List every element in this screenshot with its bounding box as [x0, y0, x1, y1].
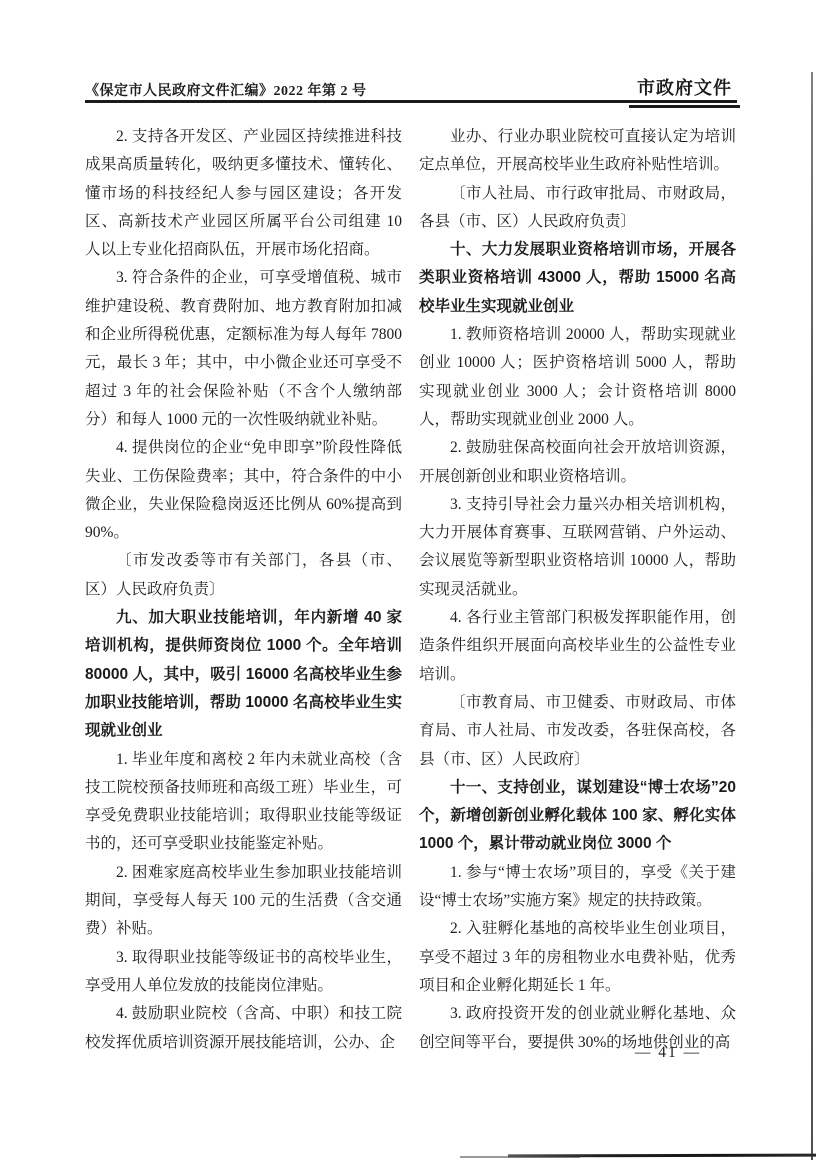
paragraph: 业办、行业办职业院校可直接认定为培训定点单位，开展高校毕业生政府补贴性培训。 — [419, 123, 736, 180]
header-journal-title: 《保定市人民政府文件汇编》2022 年第 2 号 — [85, 80, 367, 100]
left-column: 2. 支持各开发区、产业园区持续推进科技成果高质量转化，吸纳更多懂技术、懂转化、… — [85, 123, 402, 1057]
paragraph: 3. 支持引导社会力量兴办相关培训机构，大力开展体育赛事、互联网营销、户外运动、… — [419, 491, 736, 604]
paragraph: 1. 毕业年度和离校 2 年内未就业高校（含技工院校预备技师班和高级工班）毕业生… — [85, 746, 402, 859]
section-heading: 九、加大职业技能培训，年内新增 40 家培训机构，提供师资岗位 1000 个。全… — [85, 604, 402, 745]
paragraph: 1. 参与“博士农场”项目的，享受《关于建设“博士农场”实施方案》规定的扶持政策… — [419, 859, 736, 916]
paragraph: 2. 鼓励驻保高校面向社会开放培训资源，开展创新创业和职业资格培训。 — [419, 434, 736, 491]
paragraph-attribution: 〔市发改委等市有关部门，各县（市、区）人民政府负责〕 — [85, 547, 402, 604]
scanned-document-page: { "header": { "journal": "《保定市人民政府文件汇编》2… — [0, 0, 816, 1162]
paragraph: 2. 支持各开发区、产业园区持续推进科技成果高质量转化，吸纳更多懂技术、懂转化、… — [85, 123, 402, 264]
page-number: — 41 — — [608, 1044, 728, 1062]
paragraph-attribution: 〔市人社局、市行政审批局、市财政局，各县（市、区）人民政府负责〕 — [419, 180, 736, 237]
header-rule — [85, 100, 737, 103]
paragraph: 3. 取得职业技能等级证书的高校毕业生，享受用人单位发放的技能岗位津贴。 — [85, 944, 402, 1001]
section-heading: 十一、支持创业，谋划建设“博士农场”20 个，新增创新创业孵化载体 100 家、… — [419, 774, 736, 859]
paragraph: 4. 提供岗位的企业“免申即享”阶段性降低失业、工伤保险费率；其中，符合条件的中… — [85, 434, 402, 547]
paragraph: 1. 教师资格培训 20000 人，帮助实现就业创业 10000 人；医护资格培… — [419, 321, 736, 434]
scan-streak — [508, 1154, 816, 1158]
right-column: 业办、行业办职业院校可直接认定为培训定点单位，开展高校毕业生政府补贴性培训。 〔… — [419, 123, 736, 1057]
paragraph: 3. 符合条件的企业，可享受增值税、城市维护建设税、教育费附加、地方教育附加扣减… — [85, 264, 402, 434]
paragraph: 2. 困难家庭高校毕业生参加职业技能培训期间，享受每人每天 100 元的生活费（… — [85, 859, 402, 944]
paragraph: 2. 入驻孵化基地的高校毕业生创业项目，享受不超过 3 年的房租物业水电费补贴，… — [419, 915, 736, 1000]
paragraph-attribution: 〔市教育局、市卫健委、市财政局、市体育局、市人社局、市发改委，各驻保高校，各县（… — [419, 689, 736, 774]
header-document-type: 市政府文件 — [629, 74, 740, 108]
paragraph: 4. 鼓励职业院校（含高、中职）和技工院校发挥优质培训资源开展技能培训，公办、企 — [85, 1000, 402, 1057]
paragraph: 4. 各行业主管部门积极发挥职能作用，创造条件组织开展面向高校毕业生的公益性专业… — [419, 604, 736, 689]
section-heading: 十、大力发展职业资格培训市场，开展各类职业资格培训 43000 人，帮助 150… — [419, 236, 736, 321]
scan-edge-line — [811, 72, 813, 1160]
